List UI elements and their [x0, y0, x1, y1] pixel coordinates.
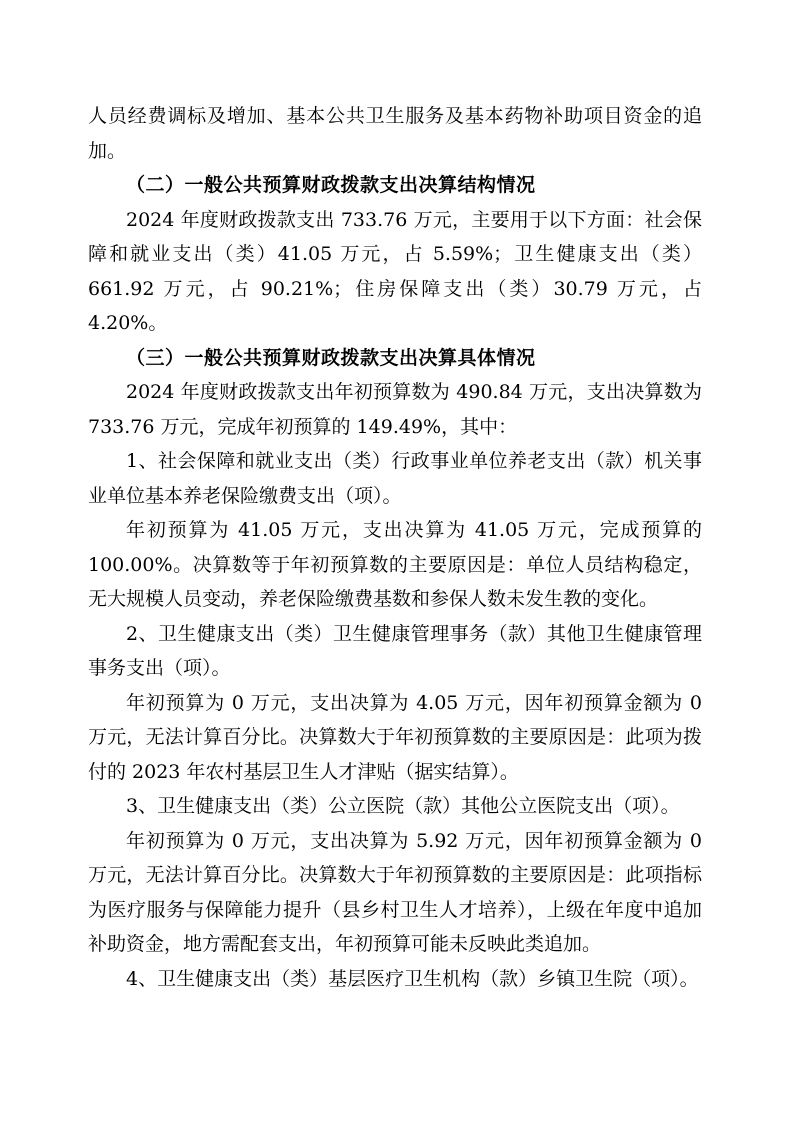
document-body: 人员经费调标及增加、基本公共卫生服务及基本药物补助项目资金的追加。 （二）一般公…: [88, 99, 702, 996]
paragraph-item-2-title: 2、卫生健康支出（类）卫生健康管理事务（款）其他卫生健康管理事务支出（项）。: [88, 617, 702, 686]
paragraph-continuation: 人员经费调标及增加、基本公共卫生服务及基本药物补助项目资金的追加。: [88, 99, 702, 168]
paragraph-item-3-title: 3、卫生健康支出（类）公立医院（款）其他公立医院支出（项）。: [88, 789, 702, 824]
paragraph-item-1-detail: 年初预算为 41.05 万元，支出决算为 41.05 万元，完成预算的 100.…: [88, 513, 702, 617]
document-page: 人员经费调标及增加、基本公共卫生服务及基本药物补助项目资金的追加。 （二）一般公…: [0, 0, 793, 1122]
paragraph-budget-overview: 2024 年度财政拨款支出年初预算数为 490.84 万元，支出决算数为 733…: [88, 375, 702, 444]
paragraph-item-3-detail: 年初预算为 0 万元，支出决算为 5.92 万元，因年初预算金额为 0 万元，无…: [88, 824, 702, 962]
section-heading-2: （二）一般公共预算财政拨款支出决算结构情况: [88, 168, 702, 203]
paragraph-expenditure-structure: 2024 年度财政拨款支出 733.76 万元，主要用于以下方面：社会保障和就业…: [88, 203, 702, 341]
paragraph-item-1-title: 1、社会保障和就业支出（类）行政事业单位养老支出（款）机关事业单位基本养老保险缴…: [88, 444, 702, 513]
paragraph-item-4-title: 4、卫生健康支出（类）基层医疗卫生机构（款）乡镇卫生院（项）。: [88, 962, 702, 997]
section-heading-3: （三）一般公共预算财政拨款支出决算具体情况: [88, 341, 702, 376]
paragraph-item-2-detail: 年初预算为 0 万元，支出决算为 4.05 万元，因年初预算金额为 0 万元，无…: [88, 686, 702, 790]
